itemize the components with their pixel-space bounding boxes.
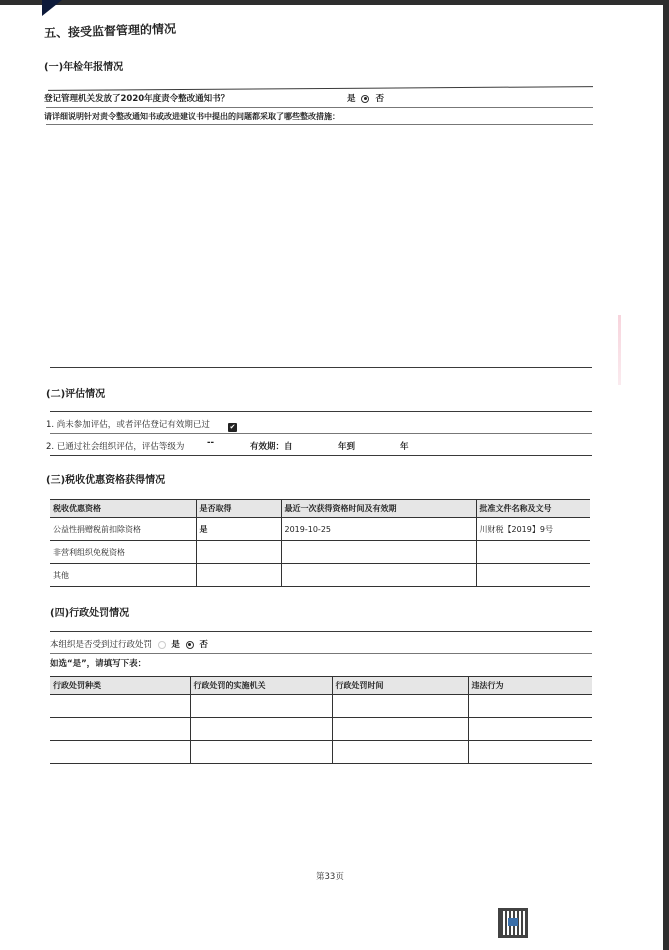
evaluation-item2: 2. 已通过社会组织评估，评估等级为 bbox=[46, 440, 184, 452]
divider bbox=[50, 631, 592, 632]
table-cell bbox=[281, 564, 476, 587]
table-cell: 2019-10-25 bbox=[281, 518, 476, 541]
table-cell bbox=[196, 541, 281, 564]
option-yes-label: 是 bbox=[171, 640, 180, 650]
penalty-header-time: 行政处罚时间 bbox=[332, 677, 468, 695]
divider bbox=[50, 433, 592, 434]
annual-options: 是 否 bbox=[347, 92, 384, 104]
tax-header-document: 批准文件名称及文号 bbox=[476, 500, 590, 518]
penalty-header-authority: 行政处罚的实施机关 bbox=[190, 677, 332, 695]
table-cell bbox=[332, 718, 468, 741]
option-no-label: 否 bbox=[199, 640, 208, 650]
table-row: 非营利组织免税资格 bbox=[50, 541, 590, 564]
penalty-no-radio[interactable] bbox=[186, 641, 194, 649]
tax-header-time: 最近一次获得资格时间及有效期 bbox=[281, 500, 476, 518]
table-cell: 非营利组织免税资格 bbox=[50, 541, 196, 564]
table-cell bbox=[190, 695, 332, 718]
table-cell bbox=[332, 695, 468, 718]
table-cell bbox=[281, 541, 476, 564]
evaluation-title: (二)评估情况 bbox=[46, 385, 105, 400]
penalty-header-type: 行政处罚种类 bbox=[50, 677, 190, 695]
divider bbox=[48, 86, 593, 91]
table-cell bbox=[50, 741, 190, 764]
table-row bbox=[50, 741, 592, 764]
penalty-table: 行政处罚种类 行政处罚的实施机关 行政处罚时间 违法行为 bbox=[50, 676, 592, 764]
penalty-note: 如选“是”，请填写下表： bbox=[50, 657, 146, 669]
tax-header-obtained: 是否取得 bbox=[196, 500, 281, 518]
table-cell bbox=[50, 695, 190, 718]
document-page: 五、接受监督管理的情况 (一)年检年报情况 登记管理机关发放了2020年度责令整… bbox=[0, 0, 663, 950]
year-to-label: 年到 bbox=[338, 440, 355, 452]
divider bbox=[46, 124, 593, 125]
valid-from-label: 有效期：自 bbox=[250, 440, 293, 452]
section-title: 五、接受监督管理的情况 bbox=[44, 20, 177, 42]
seal-stamp-edge bbox=[618, 315, 621, 385]
table-cell bbox=[332, 741, 468, 764]
table-cell bbox=[468, 695, 592, 718]
divider bbox=[46, 107, 593, 108]
penalty-question-row: 本组织是否受到过行政处罚 是 否 bbox=[50, 638, 208, 650]
table-cell bbox=[476, 564, 590, 587]
table-cell bbox=[190, 718, 332, 741]
table-cell bbox=[196, 564, 281, 587]
table-cell: 其他 bbox=[50, 564, 196, 587]
option-yes-label: 是 bbox=[347, 94, 356, 104]
table-row bbox=[50, 695, 592, 718]
table-cell bbox=[190, 741, 332, 764]
table-cell: 川财税【2019】9号 bbox=[476, 518, 590, 541]
option-no-label: 否 bbox=[375, 94, 384, 104]
annual-title: (一)年检年报情况 bbox=[44, 58, 123, 73]
table-cell: 是 bbox=[196, 518, 281, 541]
evaluation-item1: 1. 尚未参加评估，或者评估登记有效期已过 bbox=[46, 418, 210, 430]
tax-header-qualification: 税收优惠资格 bbox=[50, 500, 196, 518]
table-cell: 公益性捐赠税前扣除资格 bbox=[50, 518, 196, 541]
divider bbox=[50, 367, 592, 368]
penalty-question: 本组织是否受到过行政处罚 bbox=[50, 640, 152, 650]
annual-no-radio[interactable] bbox=[361, 95, 369, 103]
penalty-yes-radio[interactable] bbox=[158, 641, 166, 649]
table-row: 其他 bbox=[50, 564, 590, 587]
penalty-table-header: 行政处罚种类 行政处罚的实施机关 行政处罚时间 违法行为 bbox=[50, 677, 592, 695]
table-row: 公益性捐赠税前扣除资格 是 2019-10-25 川财税【2019】9号 bbox=[50, 518, 590, 541]
penalty-title: (四)行政处罚情况 bbox=[50, 604, 129, 619]
table-cell bbox=[468, 718, 592, 741]
viewer-frame-right bbox=[663, 0, 669, 950]
tax-table-header: 税收优惠资格 是否取得 最近一次获得资格时间及有效期 批准文件名称及文号 bbox=[50, 500, 590, 518]
page-number: 第33页 bbox=[316, 870, 344, 882]
year-label: 年 bbox=[400, 440, 409, 452]
divider bbox=[50, 411, 592, 412]
measures-prompt: 请详细说明针对责令整改通知书或改进建议书中提出的问题都采取了哪些整改措施： bbox=[44, 111, 340, 122]
table-cell bbox=[468, 741, 592, 764]
checkbox-checked-icon: ✔ bbox=[228, 423, 237, 432]
table-row bbox=[50, 718, 592, 741]
divider bbox=[50, 455, 592, 456]
tax-table: 税收优惠资格 是否取得 最近一次获得资格时间及有效期 批准文件名称及文号 公益性… bbox=[50, 499, 590, 587]
annual-question: 登记管理机关发放了2020年度责令整改通知书？ bbox=[44, 92, 229, 104]
table-cell bbox=[476, 541, 590, 564]
qr-logo bbox=[508, 918, 518, 926]
measures-textarea[interactable] bbox=[48, 126, 592, 366]
penalty-header-violation: 违法行为 bbox=[468, 677, 592, 695]
tax-title: (三)税收优惠资格获得情况 bbox=[46, 471, 165, 486]
table-cell bbox=[50, 718, 190, 741]
evaluation-grade: -- bbox=[207, 438, 214, 448]
divider bbox=[50, 653, 592, 654]
